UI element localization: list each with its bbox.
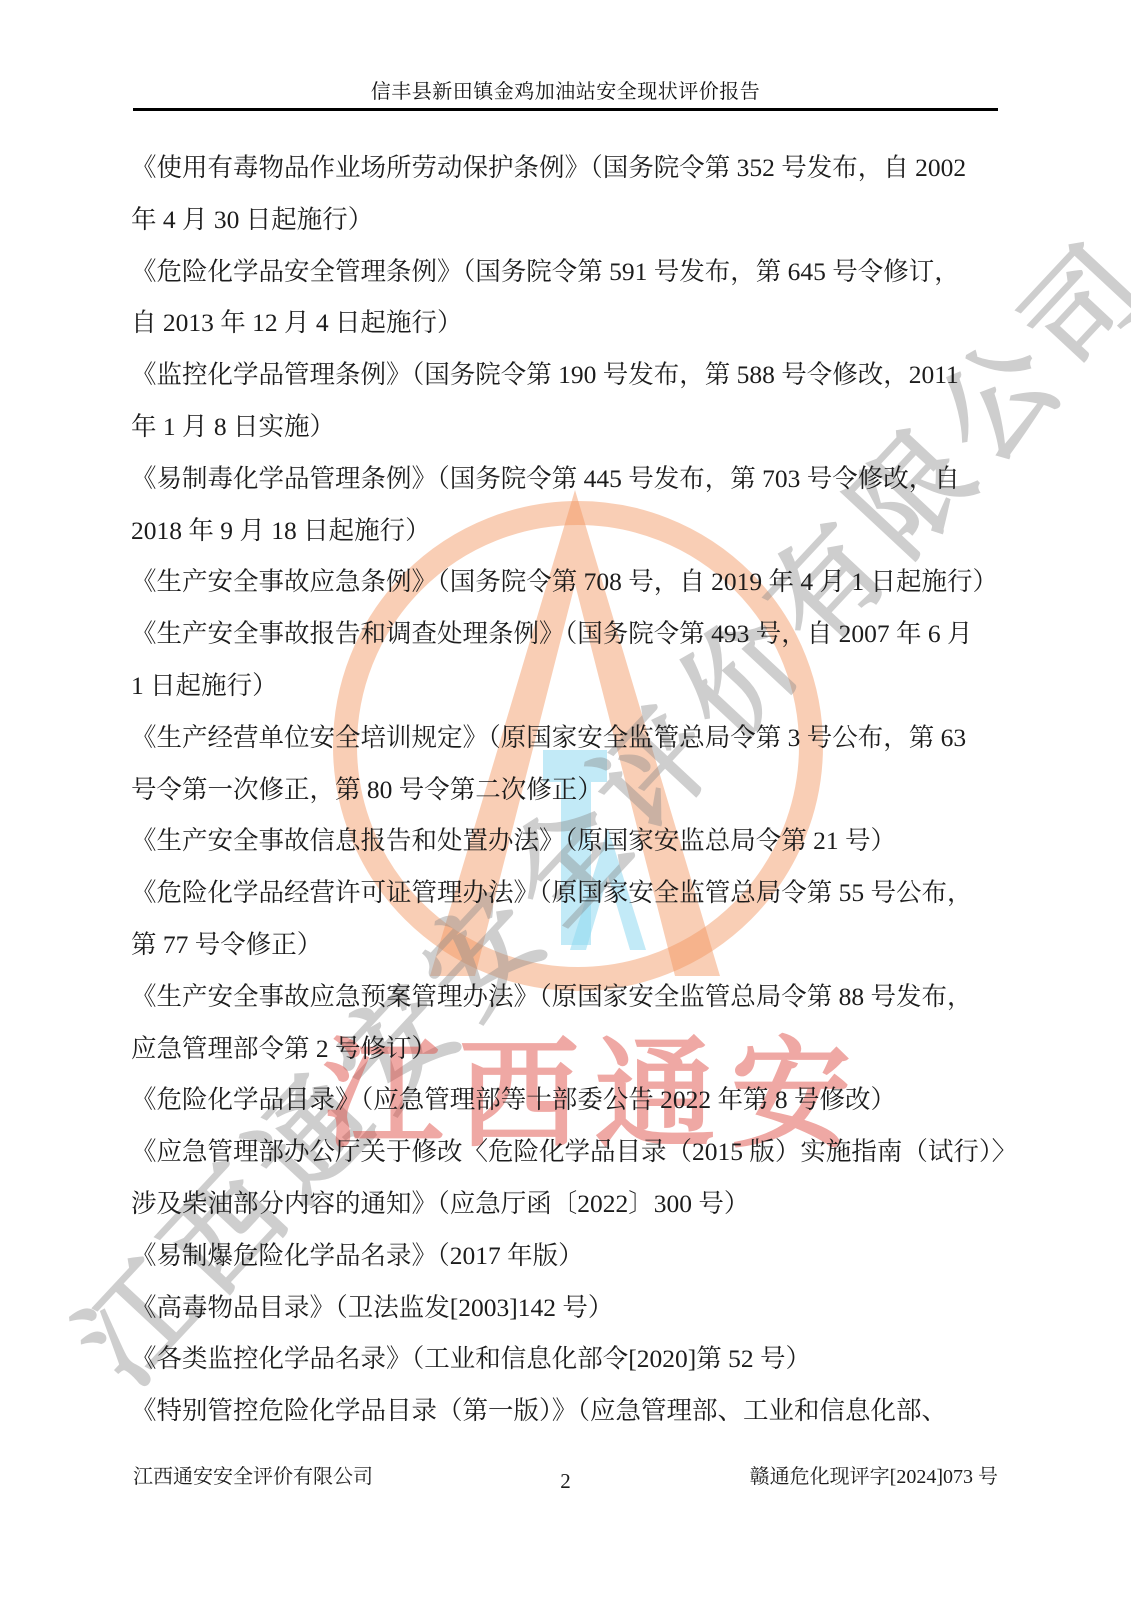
body-line: 《危险化学品经营许可证管理办法》（原国家安全监管总局令第 55 号公布， [131, 867, 1005, 919]
body-line: 《生产经营单位安全培训规定》（原国家安全监管总局令第 3 号公布，第 63 [131, 712, 1005, 764]
body-line: 年 4 月 30 日起施行） [131, 194, 1005, 246]
body-line: 《使用有毒物品作业场所劳动保护条例》（国务院令第 352 号发布，自 2002 [131, 142, 1005, 194]
body-line: 《特别管控危险化学品目录（第一版）》（应急管理部、工业和信息化部、 [131, 1385, 1005, 1437]
body-line: 《危险化学品目录》（应急管理部等十部委公告 2022 年第 8 号修改） [131, 1074, 1005, 1126]
body-line: 涉及柴油部分内容的通知》（应急厅函〔2022〕300 号） [131, 1178, 1005, 1230]
body-line: 1 日起施行） [131, 660, 1005, 712]
body-line: 《生产安全事故报告和调查处理条例》（国务院令第 493 号，自 2007 年 6… [131, 608, 1005, 660]
body-text: 《使用有毒物品作业场所劳动保护条例》（国务院令第 352 号发布，自 2002 … [131, 142, 1005, 1437]
body-line: 《监控化学品管理条例》（国务院令第 190 号发布，第 588 号令修改，201… [131, 349, 1005, 401]
header-rule [133, 108, 998, 111]
body-line: 年 1 月 8 日实施） [131, 401, 1005, 453]
body-line: 应急管理部令第 2 号修订） [131, 1023, 1005, 1075]
body-line: 《各类监控化学品名录》（工业和信息化部令[2020]第 52 号） [131, 1333, 1005, 1385]
body-line: 2018 年 9 月 18 日起施行） [131, 505, 1005, 557]
body-line: 《生产安全事故应急预案管理办法》（原国家安全监管总局令第 88 号发布， [131, 971, 1005, 1023]
body-line: 号令第一次修正，第 80 号令第二次修正） [131, 764, 1005, 816]
page-content: 信丰县新田镇金鸡加油站安全现状评价报告 《使用有毒物品作业场所劳动保护条例》（国… [0, 0, 1131, 1600]
body-line: 《易制爆危险化学品名录》（2017 年版） [131, 1230, 1005, 1282]
body-line: 自 2013 年 12 月 4 日起施行） [131, 297, 1005, 349]
body-line: 《生产安全事故信息报告和处置办法》（原国家安监总局令第 21 号） [131, 815, 1005, 867]
body-line: 《生产安全事故应急条例》（国务院令第 708 号，自 2019 年 4 月 1 … [131, 556, 1005, 608]
footer-document-number: 赣通危化现评字[2024]073 号 [750, 1462, 998, 1492]
document-page: 江西通安安全评价有限公司 江西通安 信丰县新田镇金鸡加油站安全现状评价报告 《使… [0, 0, 1131, 1600]
body-line: 第 77 号令修正） [131, 919, 1005, 971]
body-line: 《高毒物品目录》（卫法监发[2003]142 号） [131, 1282, 1005, 1334]
body-line: 《危险化学品安全管理条例》（国务院令第 591 号发布，第 645 号令修订， [131, 246, 1005, 298]
page-footer: 江西通安安全评价有限公司 2 赣通危化现评字[2024]073 号 [133, 1462, 998, 1492]
body-line: 《易制毒化学品管理条例》（国务院令第 445 号发布，第 703 号令修改，自 [131, 453, 1005, 505]
body-line: 《应急管理部办公厅关于修改〈危险化学品目录（2015 版）实施指南（试行）〉 [131, 1126, 1005, 1178]
page-header-title: 信丰县新田镇金鸡加油站安全现状评价报告 [0, 80, 1131, 104]
